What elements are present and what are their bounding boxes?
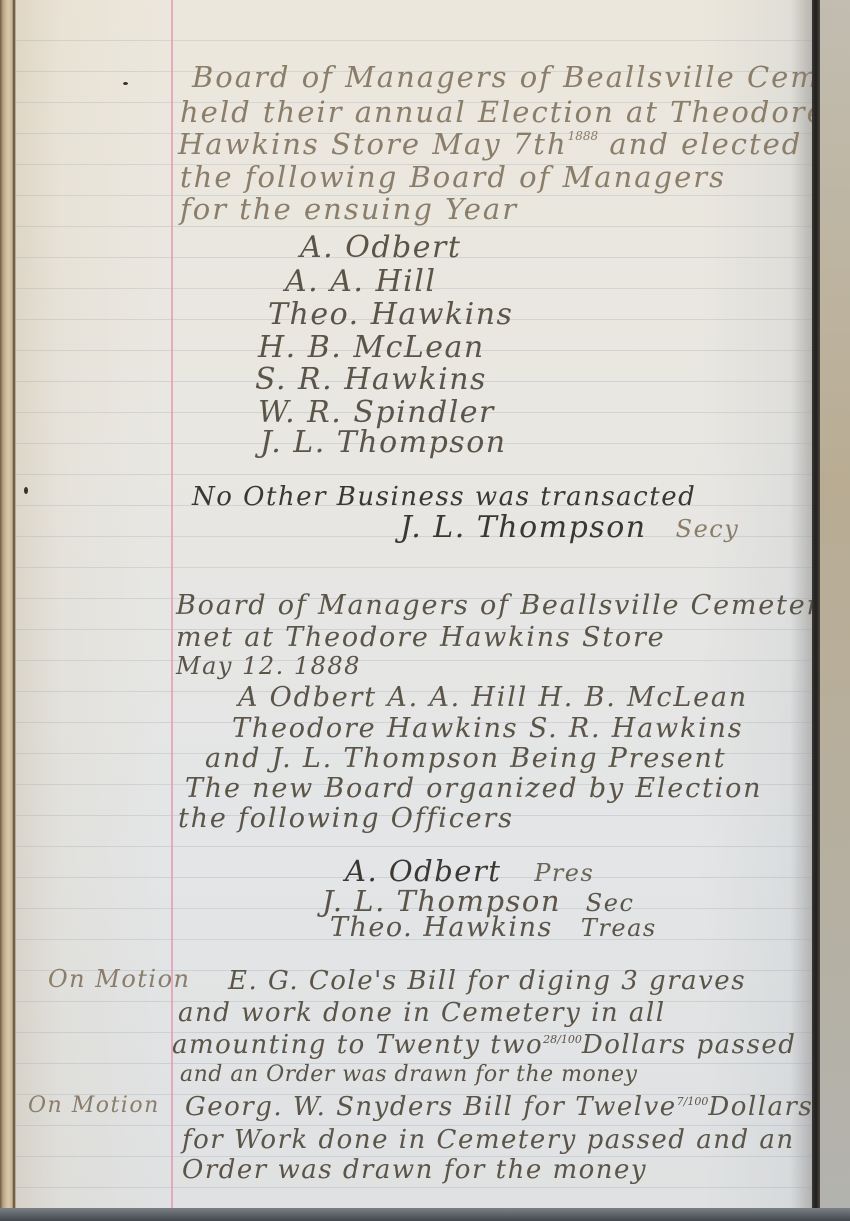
manager-2: A. A. Hill [285, 264, 436, 299]
ledger-page: Board of Managers of Beallsville Cemeter… [0, 0, 812, 1221]
motion-1-line-2: and work done in Cemetery in all [178, 998, 666, 1028]
year-superscript: 1888 [568, 129, 599, 143]
motion-2-line-1a: Georg. W. Snyders Bill for Twelve [185, 1092, 677, 1122]
motion-1-margin-label: On Motion [48, 965, 191, 993]
entry1-line-3: Hawkins Store May 7th1888 and elected [178, 127, 802, 161]
entry1-line-4: the following Board of Managers [180, 160, 726, 194]
ink-speck [24, 487, 28, 494]
manager-5: S. R. Hawkins [255, 362, 487, 397]
signature-title: Secy [676, 515, 740, 543]
entry1-signature: J. L. Thompson Secy [400, 510, 739, 545]
officer-3: Theo. Hawkins Treas [330, 912, 657, 943]
entry1-line-1: Board of Managers of Beallsville Cemeter… [192, 60, 850, 94]
entry1-line-3b: and elected [609, 127, 802, 161]
ink-speck [123, 82, 128, 85]
officer-1-title: Pres [534, 859, 594, 887]
officer-1: A. Odbert Pres [345, 854, 594, 888]
entry2-line-5: Theodore Hawkins S. R. Hawkins [232, 713, 743, 744]
entry2-line-2: met at Theodore Hawkins Store [176, 622, 665, 653]
adjacent-page-edge [820, 0, 850, 1221]
entry2-line-3: May 12. 1888 [176, 652, 361, 680]
manager-1: A. Odbert [300, 230, 461, 265]
officer-3-title: Treas [581, 914, 657, 942]
officer-1-name: A. Odbert [345, 854, 501, 888]
manager-3: Theo. Hawkins [268, 297, 513, 332]
motion-1-fraction: 28/100 [543, 1033, 582, 1046]
entry2-line-6: and J. L. Thompson Being Present [205, 743, 726, 774]
motion-2-margin-label: On Motion [28, 1093, 160, 1118]
entry2-line-1: Board of Managers of Beallsville Cemeter… [176, 590, 838, 621]
manager-4: H. B. McLean [258, 330, 485, 365]
motion-1-line-3: amounting to Twenty two28/100Dollars pas… [172, 1030, 796, 1060]
motion-2-fraction: 7/100 [677, 1095, 709, 1108]
motion-2-line-3: Order was drawn for the money [182, 1155, 647, 1185]
motion-1-line-4: and an Order was drawn for the money [180, 1062, 637, 1087]
entry2-line-4: A Odbert A. A. Hill H. B. McLean [238, 682, 748, 713]
manager-7: J. L. Thompson [260, 425, 507, 460]
signature-name: J. L. Thompson [400, 510, 647, 545]
book-spine-edge [0, 0, 16, 1221]
entry2-line-8: the following Officers [178, 803, 514, 834]
entry1-line-5: for the ensuing Year [180, 192, 518, 226]
book-gutter [812, 0, 820, 1221]
entry2-line-7: The new Board organized by Election [185, 773, 762, 804]
entry1-closing: No Other Business was transacted [192, 482, 696, 512]
motion-2-line-1b: Dollars [708, 1092, 813, 1122]
entry1-line-2: held their annual Election at Theodore [180, 95, 826, 129]
motion-1-line-3b: Dollars passed [582, 1030, 797, 1060]
officer-3-name: Theo. Hawkins [330, 912, 553, 943]
motion-2-line-2: for Work done in Cemetery passed and an [182, 1125, 795, 1155]
motion-1-line-1: E. G. Cole's Bill for diging 3 graves [228, 966, 746, 996]
entry1-line-3-text: Hawkins Store May 7th [178, 127, 568, 161]
motion-2-line-1: Georg. W. Snyders Bill for Twelve7/100Do… [185, 1092, 813, 1122]
motion-1-line-3a: amounting to Twenty two [172, 1030, 543, 1060]
scan-bottom-edge [0, 1208, 850, 1221]
